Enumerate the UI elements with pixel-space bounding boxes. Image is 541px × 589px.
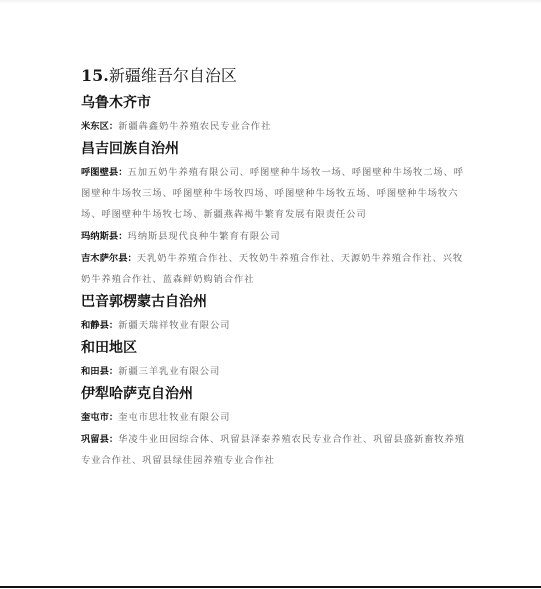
entry-label: 奎屯市： [81, 412, 118, 423]
entry-label: 玛纳斯县： [81, 231, 128, 242]
entry-label: 呼图壁县： [81, 167, 128, 178]
section-title: 15.新疆维吾尔自治区 [81, 64, 466, 88]
entry-label: 巩留县： [81, 434, 118, 445]
entry: 呼图壁县：五加五奶牛养殖有限公司、呼图壁种牛场牧一场、呼图壁种牛场牧二场、呼图壁… [81, 162, 466, 225]
region-heading: 伊犁哈萨克自治州 [81, 383, 466, 405]
entry-label: 吉木萨尔县： [81, 253, 137, 264]
entry-value: 新疆三羊乳业有限公司 [118, 366, 220, 377]
entry-value: 华凌牛业田园综合体、巩留县泽泰养殖农民专业合作社、巩留县盛新畜牧养殖专业合作社、… [81, 434, 465, 466]
region-heading: 昌吉回族自治州 [81, 138, 466, 160]
region-heading: 和田地区 [81, 337, 466, 359]
region-heading: 巴音郭楞蒙古自治州 [81, 291, 466, 313]
document-page: 15.新疆维吾尔自治区 乌鲁木齐市 米东区：新疆犇鑫奶牛养殖农民专业合作社 昌吉… [81, 64, 466, 472]
entry-value: 天乳奶牛养殖合作社、天牧奶牛养殖合作社、天源奶牛养殖合作社、兴牧奶牛养殖合作社、… [81, 253, 463, 285]
entry-label: 米东区： [81, 121, 118, 132]
entry-value: 新疆天瑞祥牧业有限公司 [118, 320, 230, 331]
entry: 巩留县：华凌牛业田园综合体、巩留县泽泰养殖农民专业合作社、巩留县盛新畜牧养殖专业… [81, 429, 466, 471]
entry-value: 新疆犇鑫奶牛养殖农民专业合作社 [118, 121, 271, 132]
page-bottom-border [0, 586, 541, 588]
entry-value: 五加五奶牛养殖有限公司、呼图壁种牛场牧一场、呼图壁种牛场牧二场、呼图壁种牛场牧三… [81, 167, 464, 220]
section-number: 15. [81, 66, 109, 85]
section-title-text: 新疆维吾尔自治区 [109, 66, 237, 85]
entry-label: 和静县： [81, 320, 118, 331]
entry: 和田县：新疆三羊乳业有限公司 [81, 361, 466, 382]
page-top-shade [0, 0, 541, 4]
entry-label: 和田县： [81, 366, 118, 377]
region-heading: 乌鲁木齐市 [81, 92, 466, 114]
entry: 和静县：新疆天瑞祥牧业有限公司 [81, 315, 466, 336]
entry: 吉木萨尔县：天乳奶牛养殖合作社、天牧奶牛养殖合作社、天源奶牛养殖合作社、兴牧奶牛… [81, 248, 466, 290]
entry-value: 玛纳斯县现代良种牛繁育有限公司 [128, 231, 281, 242]
entry: 米东区：新疆犇鑫奶牛养殖农民专业合作社 [81, 116, 466, 137]
entry-value: 奎屯市思壮牧业有限公司 [118, 412, 230, 423]
entry: 奎屯市：奎屯市思壮牧业有限公司 [81, 407, 466, 428]
entry: 玛纳斯县：玛纳斯县现代良种牛繁育有限公司 [81, 226, 466, 247]
